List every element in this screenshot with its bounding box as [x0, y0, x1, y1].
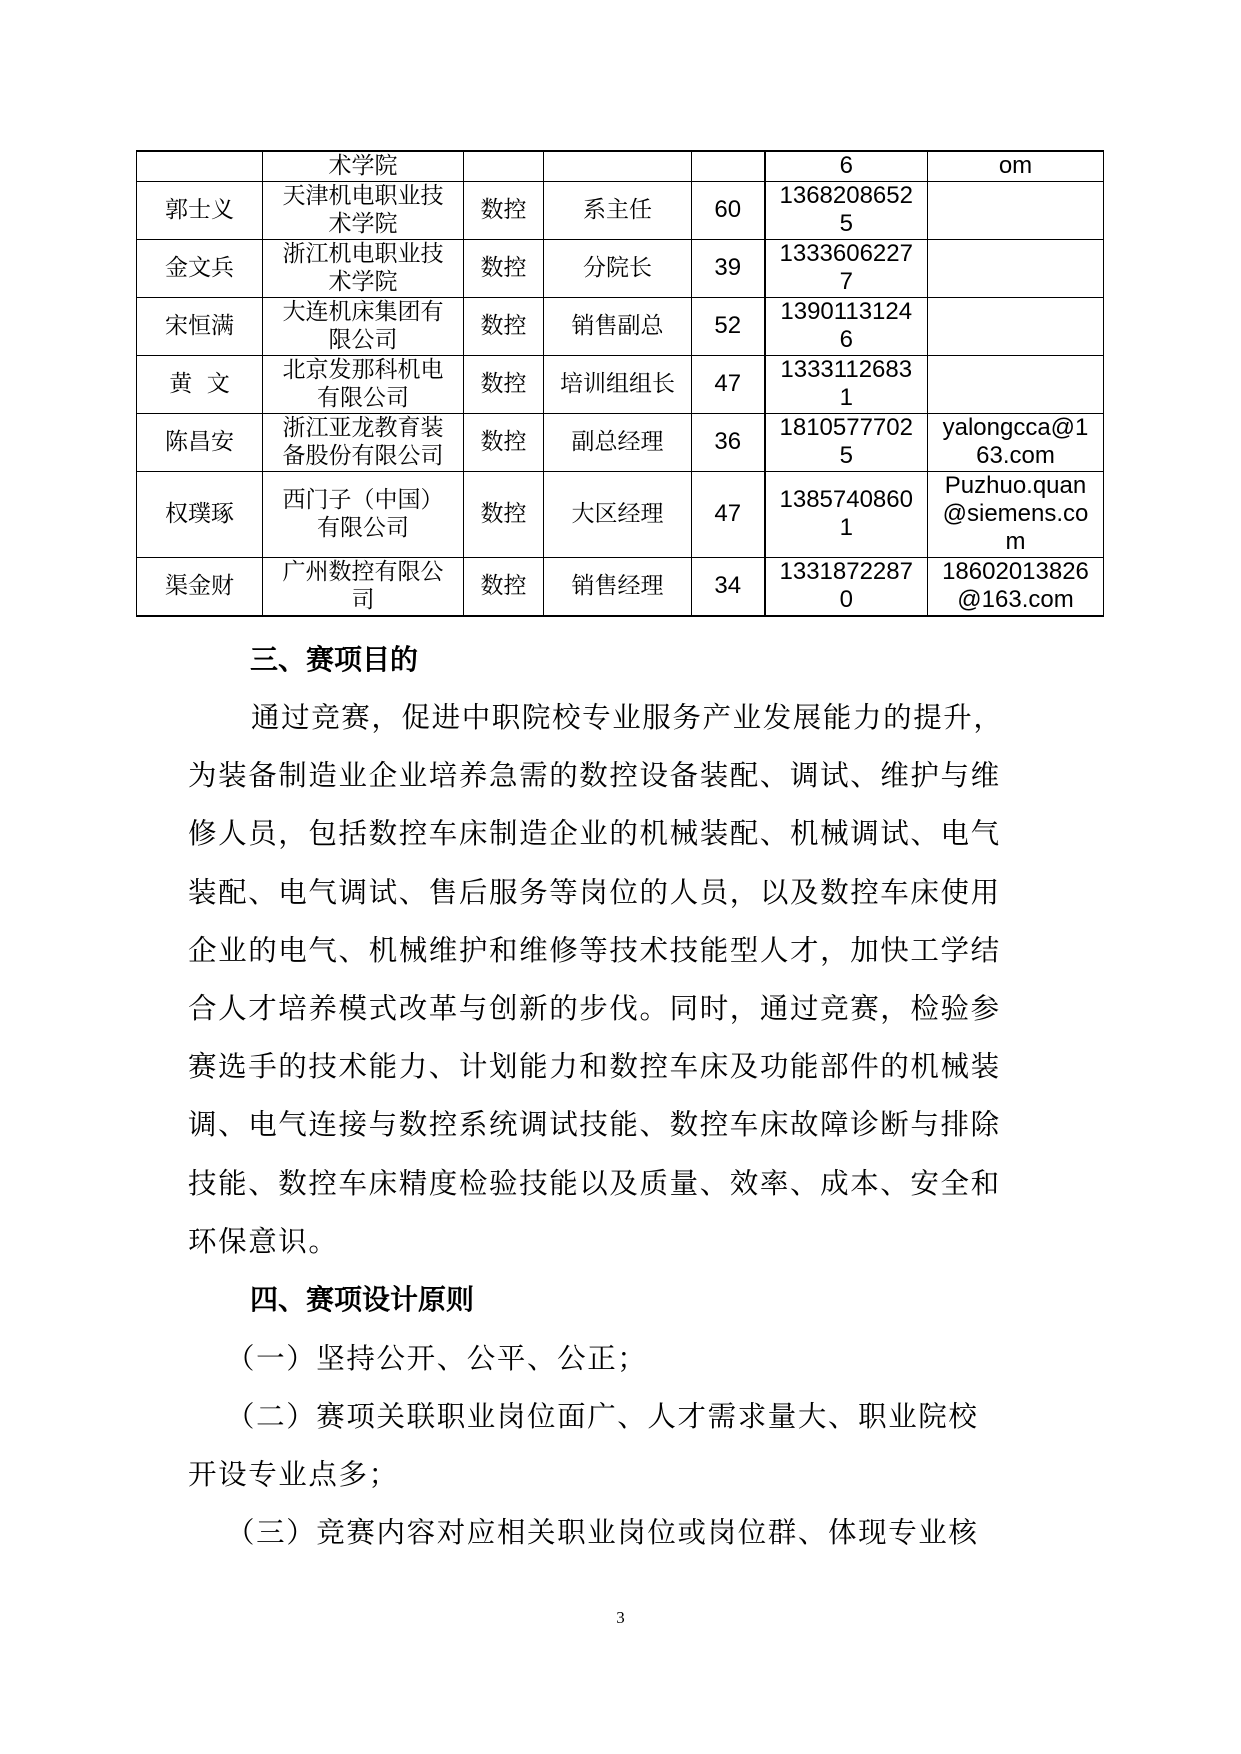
page-number: 3: [0, 1608, 1241, 1628]
body-line: 企业的电气、机械维护和维修等技术技能型人才，加快工学结: [188, 922, 1058, 980]
age-cell: 36: [692, 413, 765, 471]
title-cell: 销售副总: [544, 297, 692, 355]
expert-roster-table: 术学院 6 om 郭士义 天津机电职业技术学院 数控 系主任 60 136820…: [136, 150, 1104, 617]
phone-cell: 13901131246: [765, 297, 928, 355]
org-cell: 天津机电职业技术学院: [263, 181, 464, 239]
body-line: 修人员，包括数控车床制造企业的机械装配、机械调试、电气: [188, 805, 1058, 863]
name-cell: 郭士义: [137, 181, 263, 239]
org-cell: 大连机床集团有限公司: [263, 297, 464, 355]
principle-item-1: （一）坚持公开、公平、公正；: [226, 1341, 647, 1377]
body-line: 装配、电气调试、售后服务等岗位的人员，以及数控车床使用: [188, 864, 1058, 922]
age-cell: 60: [692, 181, 765, 239]
phone-cell: 18105777025: [765, 413, 928, 471]
name-cell: 金文兵: [137, 239, 263, 297]
phone-cell: 13682086525: [765, 181, 928, 239]
body-line: 技能、数控车床精度检验技能以及质量、效率、成本、安全和: [188, 1155, 1058, 1213]
title-cell: [544, 151, 692, 181]
title-cell: 副总经理: [544, 413, 692, 471]
title-cell: 分院长: [544, 239, 692, 297]
document-page: 术学院 6 om 郭士义 天津机电职业技术学院 数控 系主任 60 136820…: [0, 0, 1241, 1754]
org-cell: 浙江机电职业技术学院: [263, 239, 464, 297]
age-cell: 52: [692, 297, 765, 355]
name-cell: 宋恒满: [137, 297, 263, 355]
email-cell: [928, 355, 1104, 413]
phone-cell: 13331126831: [765, 355, 928, 413]
age-cell: 34: [692, 557, 765, 616]
principle-item-3: （三）竞赛内容对应相关职业岗位或岗位群、体现专业核: [226, 1515, 979, 1551]
age-cell: 47: [692, 471, 765, 557]
body-line: 通过竞赛，促进中职院校专业服务产业发展能力的提升，: [188, 689, 1058, 747]
org-cell: 术学院: [263, 151, 464, 181]
name-cell: 黄 文: [137, 355, 263, 413]
major-cell: 数控: [464, 355, 544, 413]
email-cell: [928, 239, 1104, 297]
table-row: 渠金财 广州数控有限公司 数控 销售经理 34 13318722870 1860…: [137, 557, 1104, 616]
section-3-heading: 三、赛项目的: [250, 642, 418, 678]
body-line: 为装备制造业企业培养急需的数控设备装配、调试、维护与维: [188, 747, 1058, 805]
table-row: 金文兵 浙江机电职业技术学院 数控 分院长 39 13336062277: [137, 239, 1104, 297]
email-cell: Puzhuo.quan@siemens.com: [928, 471, 1104, 557]
email-cell: 18602013826@163.com: [928, 557, 1104, 616]
major-cell: 数控: [464, 557, 544, 616]
name-cell: 权璞琢: [137, 471, 263, 557]
title-cell: 销售经理: [544, 557, 692, 616]
table-row: 黄 文 北京发那科机电有限公司 数控 培训组组长 47 13331126831: [137, 355, 1104, 413]
table-row: 陈昌安 浙江亚龙教育装备股份有限公司 数控 副总经理 36 1810577702…: [137, 413, 1104, 471]
table-row: 术学院 6 om: [137, 151, 1104, 181]
major-cell: 数控: [464, 297, 544, 355]
principle-item-2-cont: 开设专业点多；: [188, 1457, 399, 1493]
body-line: 赛选手的技术能力、计划能力和数控车床及功能部件的机械装: [188, 1038, 1058, 1096]
org-cell: 西门子（中国）有限公司: [263, 471, 464, 557]
principle-item-2: （二）赛项关联职业岗位面广、人才需求量大、职业院校: [226, 1399, 979, 1435]
section-3-body: 通过竞赛，促进中职院校专业服务产业发展能力的提升， 为装备制造业企业培养急需的数…: [188, 689, 1058, 1271]
email-cell: [928, 297, 1104, 355]
body-line: 调、电气连接与数控系统调试技能、数控车床故障诊断与排除: [188, 1096, 1058, 1154]
major-cell: 数控: [464, 413, 544, 471]
title-cell: 系主任: [544, 181, 692, 239]
email-cell: [928, 181, 1104, 239]
table-row: 权璞琢 西门子（中国）有限公司 数控 大区经理 47 13857408601 P…: [137, 471, 1104, 557]
org-cell: 北京发那科机电有限公司: [263, 355, 464, 413]
title-cell: 培训组组长: [544, 355, 692, 413]
age-cell: 47: [692, 355, 765, 413]
org-cell: 广州数控有限公司: [263, 557, 464, 616]
name-cell: 渠金财: [137, 557, 263, 616]
major-cell: 数控: [464, 181, 544, 239]
org-cell: 浙江亚龙教育装备股份有限公司: [263, 413, 464, 471]
major-cell: [464, 151, 544, 181]
phone-cell: 13857408601: [765, 471, 928, 557]
phone-cell: 13318722870: [765, 557, 928, 616]
table-row: 宋恒满 大连机床集团有限公司 数控 销售副总 52 13901131246: [137, 297, 1104, 355]
body-line: 合人才培养模式改革与创新的步伐。同时，通过竞赛，检验参: [188, 980, 1058, 1038]
title-cell: 大区经理: [544, 471, 692, 557]
age-cell: 39: [692, 239, 765, 297]
table-row: 郭士义 天津机电职业技术学院 数控 系主任 60 13682086525: [137, 181, 1104, 239]
body-line: 环保意识。: [188, 1213, 1058, 1271]
age-cell: [692, 151, 765, 181]
email-cell: yalongcca@163.com: [928, 413, 1104, 471]
major-cell: 数控: [464, 471, 544, 557]
name-cell: 陈昌安: [137, 413, 263, 471]
section-4-heading: 四、赛项设计原则: [250, 1282, 474, 1318]
phone-cell: 6: [765, 151, 928, 181]
email-cell: om: [928, 151, 1104, 181]
phone-cell: 13336062277: [765, 239, 928, 297]
name-cell: [137, 151, 263, 181]
major-cell: 数控: [464, 239, 544, 297]
